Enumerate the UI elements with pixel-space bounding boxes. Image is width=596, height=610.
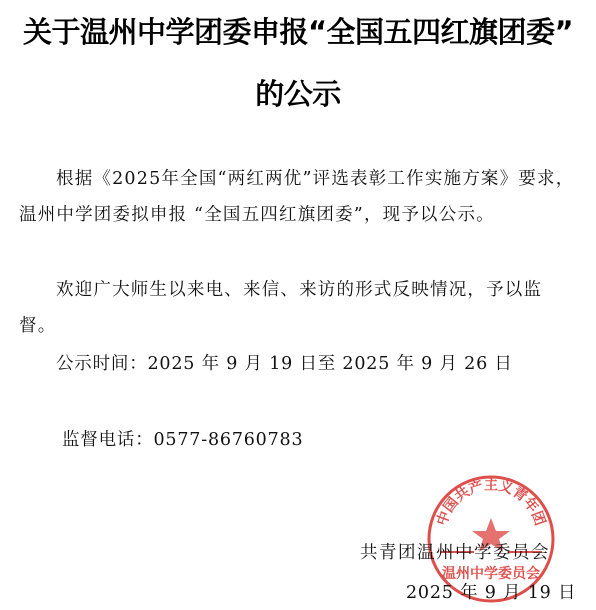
- body-paragraph-basis: 根据《2025年全国“两红两优”评选表彰工作实施方案》要求，温州中学团委拟申报 …: [19, 161, 579, 233]
- signature-date: 2025 年 9 月 19 日: [406, 579, 576, 604]
- document-title-line1: 关于温州中学团委申报“全国五四红旗团委”: [0, 10, 596, 51]
- publicity-period: 公示时间：2025 年 9 月 19 日至 2025 年 9 月 26 日: [56, 350, 513, 375]
- document-title-line2: 的公示: [0, 72, 596, 113]
- supervision-phone: 监督电话：0577-86760783: [62, 426, 303, 451]
- signature-organization: 共青团温州中学委员会: [360, 539, 550, 564]
- body-paragraph-welcome: 欢迎广大师生以来电、来信、来访的形式反映情况，予以监督。: [19, 272, 579, 344]
